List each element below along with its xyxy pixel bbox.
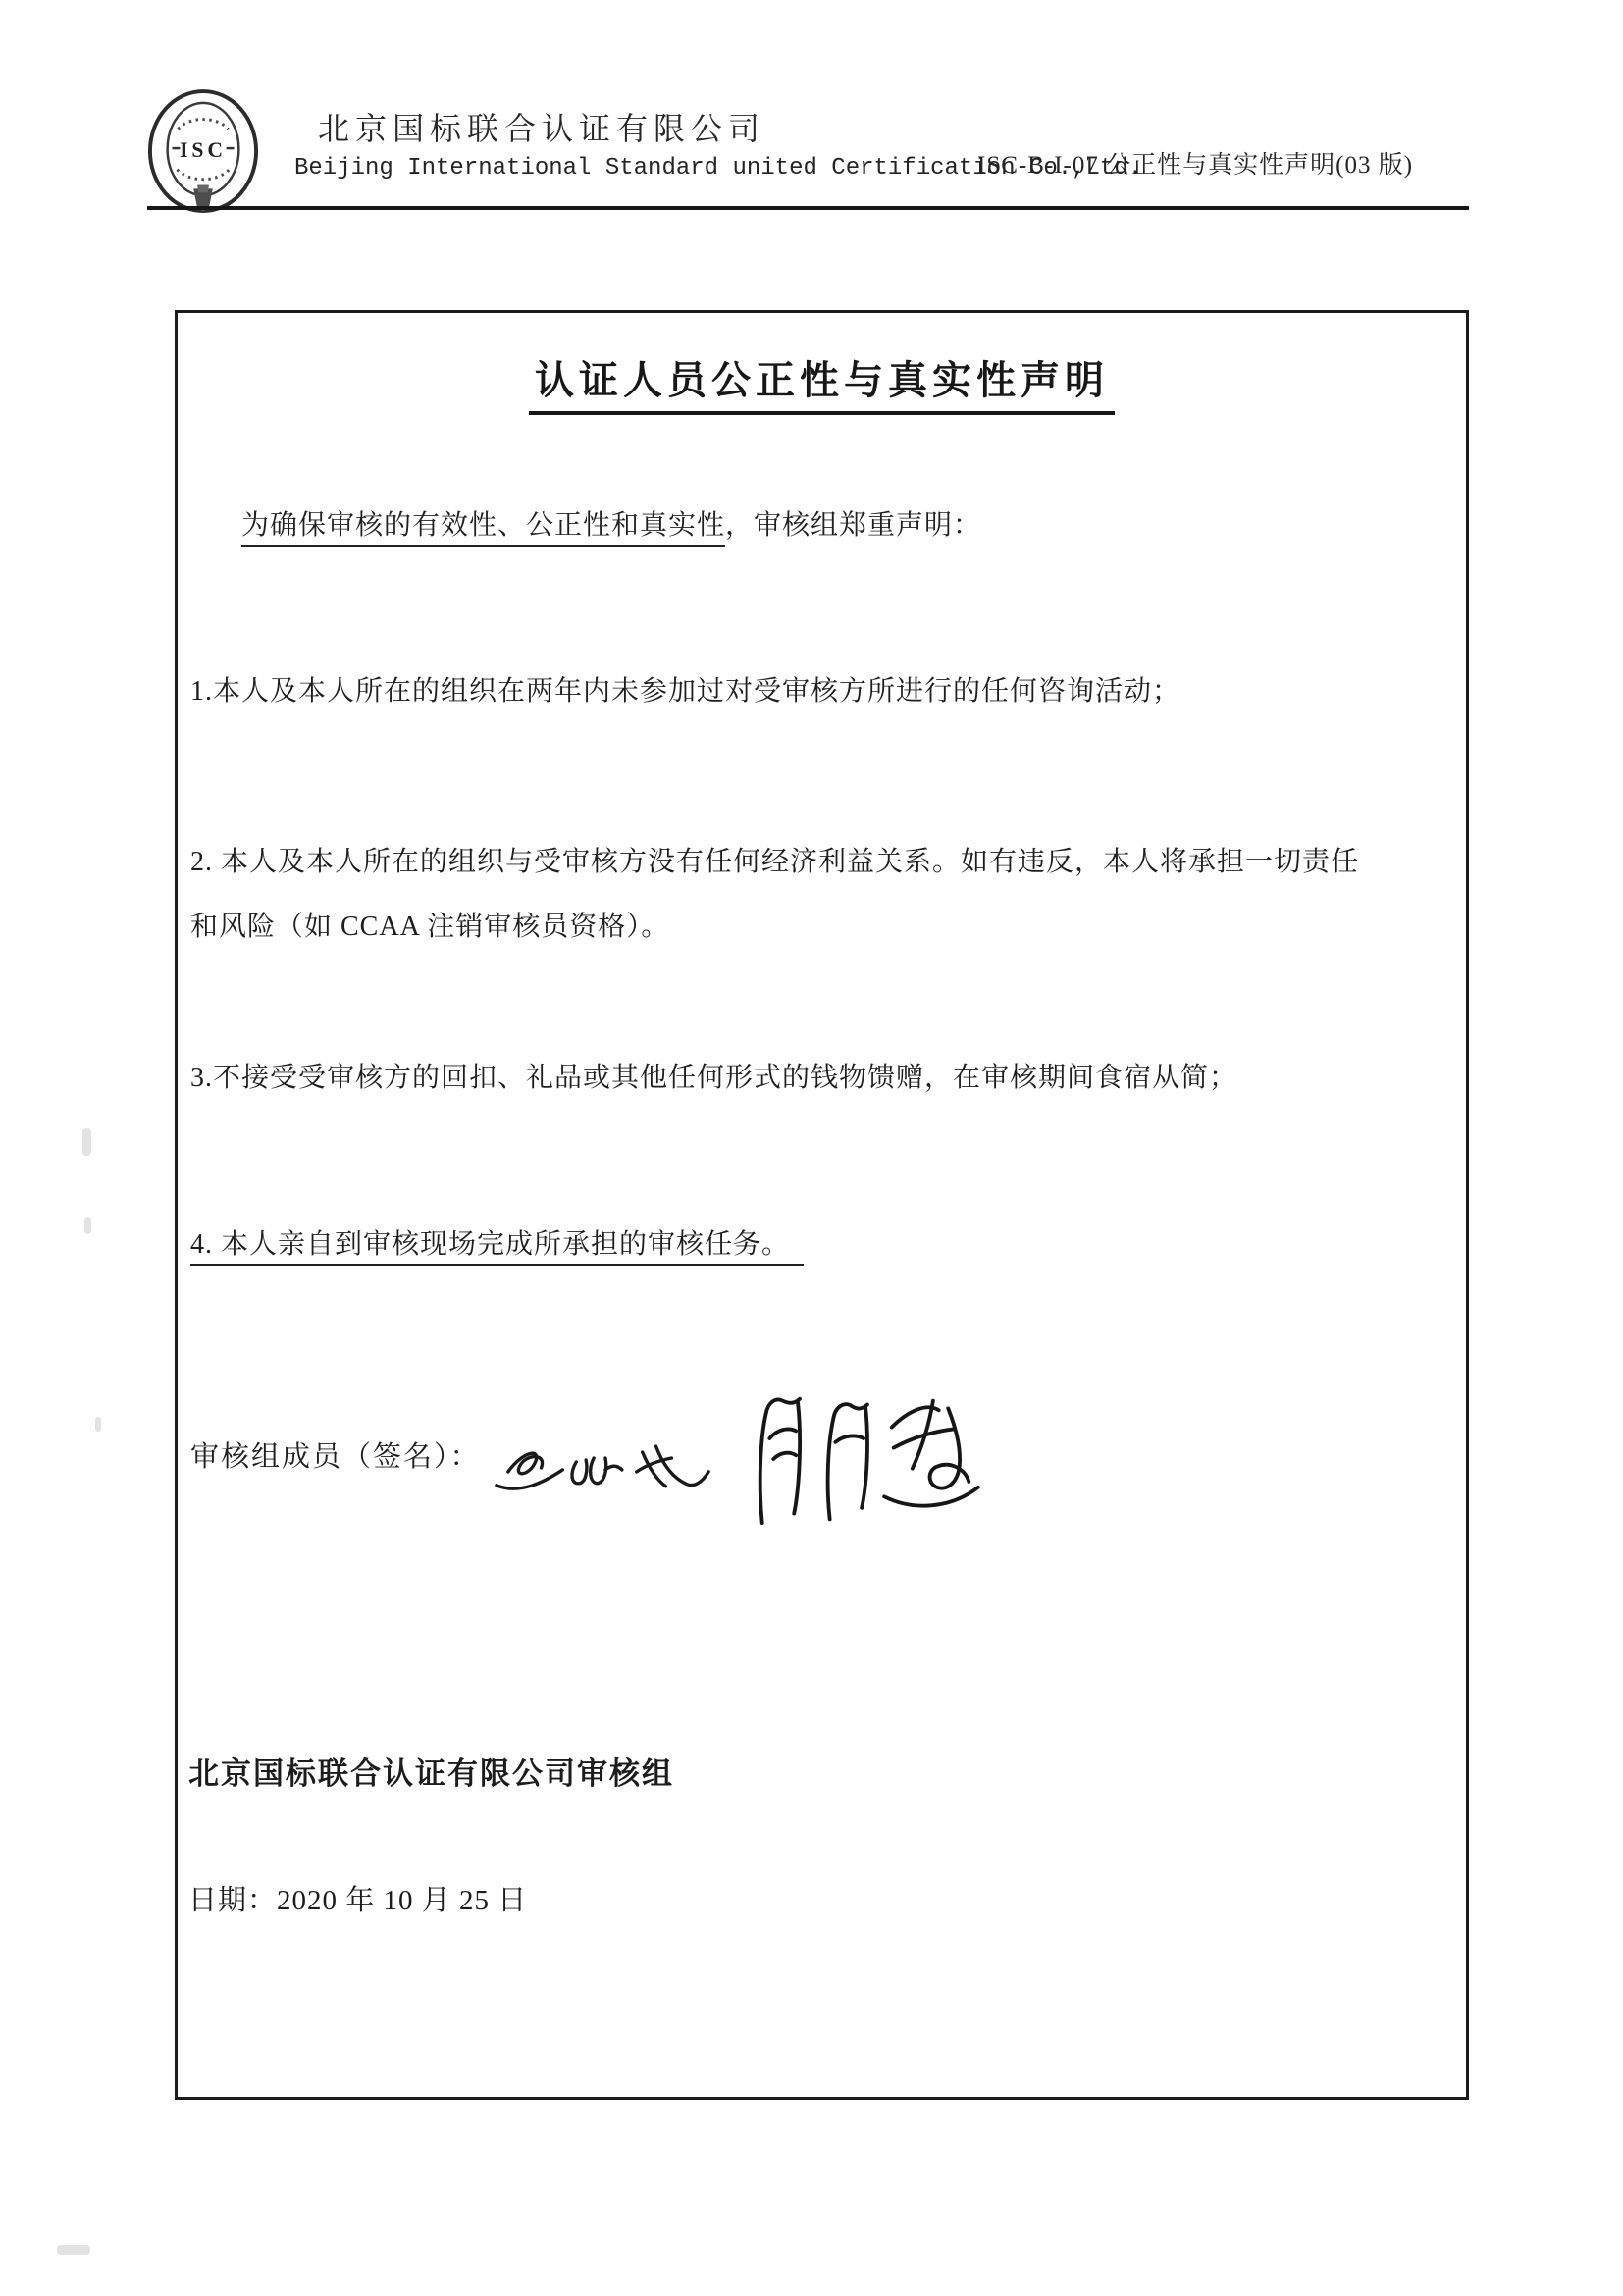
declaration-item-3: 3.不接受受审核方的回扣、礼品或其他任何形式的钱物馈赠，在审核期间食宿从简；: [190, 1046, 1373, 1111]
item-3-text: 3.不接受受审核方的回扣、礼品或其他任何形式的钱物馈赠，在审核期间食宿从简；: [190, 1063, 1237, 1093]
declaration-title-text: 认证人员公正性与真实性声明: [529, 349, 1115, 415]
signature-label: 审核组成员（签名）：: [190, 1435, 481, 1475]
item-2-text: 2. 本人及本人所在的组织与受审核方没有任何经济利益关系。如有违反，本人将承担一…: [190, 847, 1359, 942]
item-4-text: 4. 本人亲自到审核现场完成所承担的审核任务。: [190, 1229, 804, 1266]
header-rule: [147, 206, 1469, 210]
declaration-item-4: 4. 本人亲自到审核现场完成所承担的审核任务。: [190, 1213, 1373, 1278]
scan-artifact: [95, 1417, 101, 1432]
handwritten-signature-2: [734, 1378, 997, 1542]
doc-reference: ISC-B-I-07 公正性与真实性声明(03 版): [977, 145, 1413, 181]
handwritten-signature-1: [489, 1411, 722, 1513]
scan-artifact: [84, 1217, 91, 1234]
declaration-box: [175, 310, 1469, 2100]
scan-artifact: [57, 2245, 90, 2255]
item-1-text: 1.本人及本人所在的组织在两年内未参加过对受审核方所进行的任何咨询活动；: [190, 676, 1180, 706]
declaration-title: 认证人员公正性与真实性声明: [175, 349, 1469, 415]
intro-underlined-text: 为确保审核的有效性、公正性和真实性: [241, 510, 725, 547]
date-line: 日期：2020 年 10 月 25 日: [188, 1878, 527, 1918]
intro-rest-text: ，审核组郑重声明：: [725, 510, 981, 541]
company-name-cn: 北京国标联合认证有限公司: [318, 104, 765, 149]
logo-text: ISC: [180, 138, 227, 162]
audit-team-line: 北京国标联合认证有限公司审核组: [188, 1748, 674, 1793]
intro-paragraph: 为确保审核的有效性、公正性和真实性，审核组郑重声明：: [190, 504, 1456, 548]
declaration-item-2: 2. 本人及本人所在的组织与受审核方没有任何经济利益关系。如有违反，本人将承担一…: [190, 830, 1373, 960]
isc-logo-icon: ISC: [145, 88, 261, 218]
scan-artifact: [82, 1128, 91, 1156]
declaration-item-1: 1.本人及本人所在的组织在两年内未参加过对受审核方所进行的任何咨询活动；: [190, 659, 1373, 724]
scanned-document-page: ISC 北京国标联合认证有限公司 Beijing International S…: [0, 0, 1623, 2296]
